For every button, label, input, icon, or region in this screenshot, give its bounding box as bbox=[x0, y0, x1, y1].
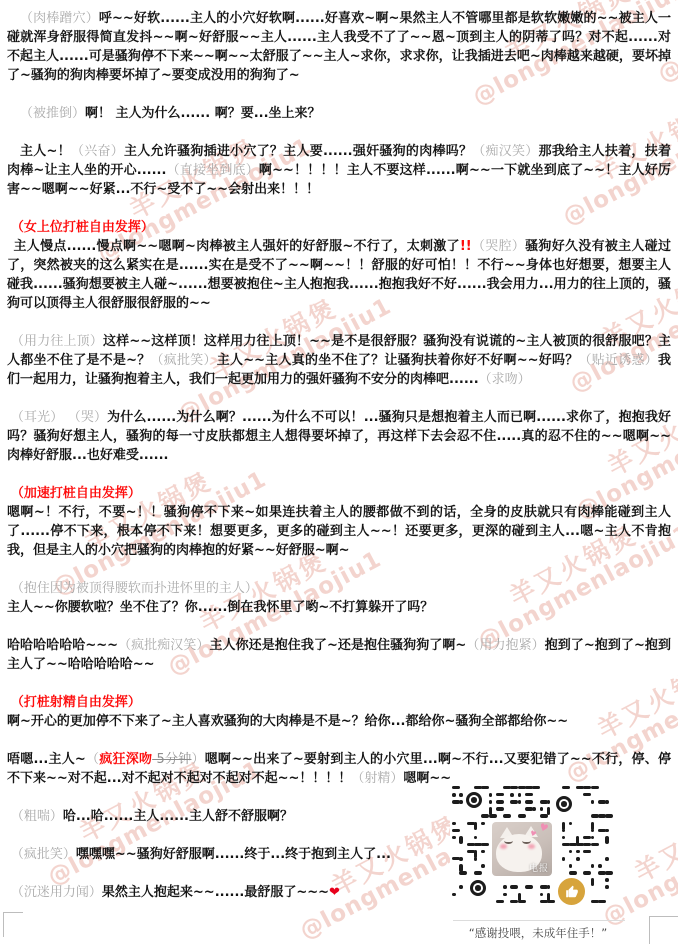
qr-dot bbox=[591, 843, 599, 846]
qr-dot bbox=[562, 836, 566, 840]
stage-direction: （直接坐到底） bbox=[166, 163, 259, 178]
qr-dot bbox=[598, 864, 602, 868]
stage-direction: （粗喘） bbox=[11, 809, 63, 824]
stage-direction: （求吻） bbox=[479, 372, 531, 387]
dialogue-text: 主人~~主人真的坐不住了？让骚狗扶着你好不好啊~~好吗？ bbox=[217, 353, 579, 368]
qr-dot bbox=[562, 829, 566, 833]
paragraph: （被推倒）啊！ 主人为什么...... 啊？要...坐上来？ bbox=[7, 104, 671, 123]
qr-dot bbox=[547, 885, 551, 889]
qr-dot bbox=[605, 878, 609, 882]
dialogue-text: 啊~开心的更加停不下来了~主人喜欢骚狗的大肉棒是不是~？给你...都给你~骚狗全… bbox=[7, 714, 568, 729]
qr-dot bbox=[489, 800, 493, 804]
paragraph: （肉棒蹭穴）呼~~好软......主人的小穴好软啊......好喜欢~啊~果然主… bbox=[7, 9, 671, 85]
qr-dot bbox=[532, 786, 540, 789]
stage-direction: （疯批笑） bbox=[151, 353, 217, 368]
qr-finder-icon bbox=[556, 796, 572, 812]
qr-dot bbox=[481, 850, 485, 854]
qr-dot bbox=[474, 857, 478, 861]
divider bbox=[453, 920, 625, 921]
dialogue-text: 哈...哈......主人......主人舒不舒服啊？ bbox=[63, 809, 293, 824]
dialogue-text: 5分钟 bbox=[152, 752, 191, 767]
stage-direction: （沉迷用力闻） bbox=[11, 885, 102, 900]
stage-note: （抱住因为被顶得腰软而扑进怀里的主人） bbox=[7, 579, 671, 598]
dialogue-text: 主人允许骚狗插进小穴了？主人要......强奸骚狗的肉棒吗？ bbox=[124, 144, 472, 159]
qr-dot bbox=[583, 850, 591, 853]
corner-mark-right bbox=[649, 916, 678, 944]
qr-dot bbox=[481, 814, 489, 817]
qr-dot bbox=[562, 857, 566, 861]
paragraph: 唔嗯...主人~（疯狂深吻 5分钟）嗯啊~~出来了~要射到主人的小穴里...啊~… bbox=[7, 750, 671, 788]
qr-dot bbox=[489, 814, 497, 817]
red-emphasis: （加速打桩自由发挥） bbox=[11, 486, 141, 501]
stage-direction: （贴近诱惑） bbox=[579, 353, 658, 368]
red-emphasis: （打桩射精自由发挥） bbox=[11, 695, 141, 710]
dialogue-text: 唔嗯...主人~ bbox=[7, 752, 86, 767]
section-header: （女上位打桩自由发挥） bbox=[7, 218, 671, 237]
qr-code: ♥ ♥ 电报 bbox=[450, 784, 610, 906]
qr-dot bbox=[525, 793, 533, 796]
paragraph: 主人~！（兴奋）主人允许骚狗插进小穴了？主人要......强奸骚狗的肉棒吗？（痴… bbox=[7, 142, 671, 199]
qr-dot bbox=[459, 885, 463, 889]
qr-dot bbox=[481, 786, 489, 789]
corner-mark-left bbox=[3, 912, 23, 937]
qr-finder-icon bbox=[466, 792, 482, 808]
paragraph: （用力往上顶）这样~~这样顶！这样用力往上顶！~~是不是很舒服？骚狗没有说谎的~… bbox=[7, 332, 671, 389]
qr-dot bbox=[489, 793, 493, 797]
qr-dot bbox=[591, 836, 595, 840]
qr-dot bbox=[474, 836, 478, 840]
qr-dot bbox=[605, 836, 608, 844]
stage-direction: （疯批笑） bbox=[11, 847, 76, 862]
red-emphasis: 疯狂深吻 bbox=[99, 752, 152, 767]
qr-dot bbox=[481, 864, 485, 868]
qr-dot bbox=[605, 800, 609, 804]
qr-dot bbox=[525, 885, 533, 888]
dialogue-text: 嘿嘿嘿~~骚狗好舒服啊......终于...终于抱到主人了... bbox=[76, 847, 391, 862]
qr-dot bbox=[510, 793, 514, 797]
qr-dot bbox=[452, 829, 460, 832]
qr-dot bbox=[562, 786, 570, 789]
qr-dot bbox=[452, 822, 456, 826]
qr-dot bbox=[503, 814, 511, 817]
qr-dot bbox=[591, 800, 595, 804]
paragraph: 啊~开心的更加停不下来了~主人喜欢骚狗的大肉棒是不是~？给你...都给你~骚狗全… bbox=[7, 712, 671, 731]
qr-dot bbox=[452, 793, 456, 797]
qr-dot bbox=[525, 800, 533, 803]
qr-dot bbox=[518, 814, 526, 817]
qr-dot bbox=[540, 893, 544, 897]
stage-direction: （哭腔） bbox=[472, 239, 525, 254]
qr-dot bbox=[547, 900, 555, 903]
qr-dot bbox=[518, 800, 522, 804]
qr-dot bbox=[583, 871, 591, 874]
qr-dot bbox=[452, 786, 460, 789]
heart-sticker-icon: ♥ bbox=[538, 822, 550, 835]
qr-dot bbox=[591, 829, 595, 833]
photo-label: 电报 bbox=[529, 861, 549, 874]
stage-direction: （耳光） （哭） bbox=[11, 410, 107, 425]
qr-dot bbox=[605, 814, 613, 817]
qr-dot bbox=[459, 836, 462, 844]
qr-dot bbox=[503, 893, 507, 897]
qr-dot bbox=[547, 807, 550, 815]
qr-dot bbox=[569, 850, 573, 854]
qr-dot bbox=[547, 800, 551, 804]
document-body: （肉棒蹭穴）呼~~好软......主人的小穴好软啊......好喜欢~啊~果然主… bbox=[0, 0, 678, 902]
qr-dot bbox=[540, 814, 548, 817]
qr-dot bbox=[496, 900, 504, 903]
dialogue-text: 主人你还是抱住我了~还是抱住骚狗狗了啊~ bbox=[209, 638, 466, 653]
thumbs-up-icon bbox=[556, 876, 587, 907]
qr-dot bbox=[605, 857, 609, 861]
red-emphasis: !! bbox=[460, 239, 472, 254]
dialogue-text: 主人慢点......慢点啊~~嗯啊~肉棒被主人强奸的好舒服~不行了，太刺激了 bbox=[14, 239, 460, 254]
qr-dot bbox=[452, 893, 456, 897]
qr-dot bbox=[481, 843, 489, 846]
stage-direction: （兴奋） bbox=[71, 144, 124, 159]
qr-dot bbox=[518, 793, 522, 797]
qr-dot bbox=[459, 871, 467, 874]
qr-dot bbox=[459, 793, 463, 797]
stage-direction: ） bbox=[191, 752, 204, 767]
qr-dot bbox=[576, 857, 580, 861]
paragraph: 哈哈哈哈哈哈~~~（疯批痴汉笑）主人你还是抱住我了~还是抱住骚狗狗了啊~（用力抱… bbox=[7, 636, 671, 674]
qr-dot bbox=[481, 822, 485, 826]
stage-direction: （被推倒） bbox=[20, 106, 85, 121]
qr-dot bbox=[518, 900, 526, 903]
stage-direction: （抱住因为被顶得腰软而扑进怀里的主人） bbox=[11, 581, 258, 596]
section-header: （加速打桩自由发挥） bbox=[7, 484, 671, 503]
stage-direction: （用力往上顶） bbox=[11, 334, 103, 349]
qr-dot bbox=[496, 793, 504, 796]
stage-direction: （痴汉笑） bbox=[472, 144, 538, 159]
qr-dot bbox=[591, 878, 594, 886]
qr-dot bbox=[459, 857, 463, 861]
dialogue-text: 主人~~你腰软啦？坐不住了？你......倒在我怀里了哟~不打算躲开了吗？ bbox=[7, 600, 433, 615]
qr-dot bbox=[583, 793, 591, 796]
cat-photo: ♥ ♥ 电报 bbox=[492, 822, 552, 876]
qr-dot bbox=[605, 885, 609, 889]
paragraph: 嗯啊~！不行，不要~！！骚狗停不下来~如果连扶着主人的腰都做不到的话，全身的皮肤… bbox=[7, 503, 671, 560]
qr-dot bbox=[591, 786, 599, 789]
paragraph: 主人~~你腰软啦？坐不住了？你......倒在我怀里了哟~不打算躲开了吗？ bbox=[7, 598, 671, 617]
qr-dot bbox=[598, 900, 606, 903]
qr-dot bbox=[591, 864, 595, 868]
qr-dot bbox=[496, 807, 504, 810]
qr-dot bbox=[569, 822, 573, 826]
dialogue-text: 嗯啊~~ bbox=[403, 771, 451, 786]
qr-dot bbox=[510, 885, 518, 888]
qr-dot bbox=[452, 836, 456, 840]
qr-dot bbox=[540, 807, 544, 811]
qr-dot bbox=[459, 800, 463, 804]
qr-finder-icon bbox=[470, 880, 486, 896]
page: { "watermark": { "line1": "羊又火锅煲", "line… bbox=[0, 0, 678, 949]
stage-direction: （射精） bbox=[351, 771, 403, 786]
stage-direction: （ bbox=[86, 752, 99, 767]
dialogue-text: 主人~！ bbox=[20, 144, 71, 159]
dialogue-text: 呼~~好软......主人的小穴好软啊......好喜欢~啊~果然主人不管哪里都… bbox=[7, 11, 671, 83]
qr-dot bbox=[503, 885, 507, 889]
qr-dot bbox=[474, 822, 477, 830]
stage-direction: （用力抱紧） bbox=[466, 638, 544, 653]
red-emphasis: （女上位打桩自由发挥） bbox=[11, 220, 154, 235]
stage-direction: （疯批痴汉笑） bbox=[118, 638, 209, 653]
dialogue-text: 啊！ 主人为什么...... 啊？要...坐上来？ bbox=[85, 106, 321, 121]
qr-dot bbox=[605, 871, 613, 874]
qr-caption: “感谢投喂，未成年住手！” bbox=[448, 925, 628, 941]
qr-dot bbox=[532, 807, 536, 811]
paragraph: （耳光） （哭）为什么......为什么啊？......为什么不可以！...骚狗… bbox=[7, 408, 671, 465]
qr-dot bbox=[496, 800, 504, 803]
stage-direction: （肉棒蹭穴） bbox=[20, 11, 99, 26]
qr-dot bbox=[605, 829, 609, 833]
qr-dot bbox=[474, 871, 482, 874]
heart-icon: ❤ bbox=[329, 885, 340, 900]
dialogue-text: 果然主人抱起来~~......最舒服了~~~ bbox=[102, 885, 329, 900]
dialogue-text: 嗯啊~！不行，不要~！！骚狗停不下来~如果连扶着主人的腰都做不到的话，全身的皮肤… bbox=[7, 505, 671, 558]
paragraph: 主人慢点......慢点啊~~嗯啊~肉棒被主人强奸的好舒服~不行了，太刺激了!!… bbox=[7, 237, 671, 313]
section-header: （打桩射精自由发挥） bbox=[7, 693, 671, 712]
qr-dot bbox=[576, 850, 580, 854]
dialogue-text: 哈哈哈哈哈哈~~~ bbox=[7, 638, 118, 653]
dialogue-text: 为什么......为什么啊？......为什么不可以！...骚狗只是想抱着主人而… bbox=[7, 410, 671, 463]
qr-dot bbox=[569, 871, 577, 874]
qr-dot bbox=[569, 864, 573, 868]
